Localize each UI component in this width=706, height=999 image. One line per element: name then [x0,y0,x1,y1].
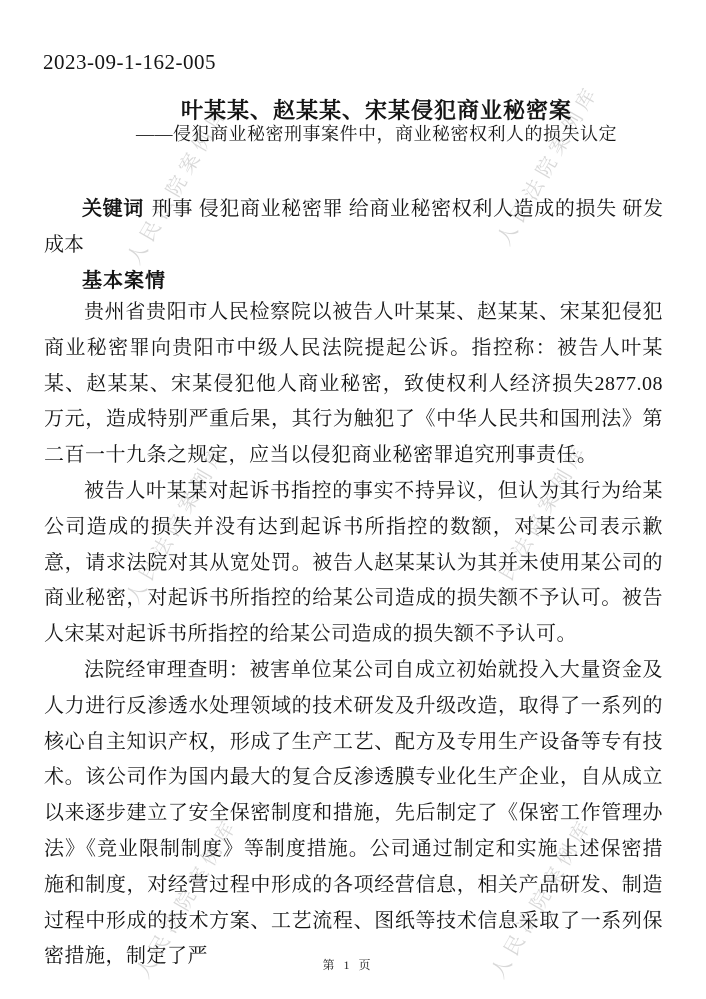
section-heading-basic-facts: 基本案情 [82,264,166,293]
paragraph: 法院经审理查明：被害单位某公司自成立初始就投入大量资金及人力进行反渗透水处理领域… [44,653,663,975]
keywords-label: 关键词 [82,198,144,220]
case-number: 2023-09-1-162-005 [43,50,216,75]
case-subtitle: ——侵犯商业秘密刑事案件中，商业秘密权利人的损失认定 [44,120,663,146]
document-page: 人民法院案例库 人民法院案例库 人民法院案例库 人民法院案例库 人民法院案例库 … [0,0,706,999]
paragraph: 被告人叶某某对起诉书指控的事实不持异议，但认为其行为给某公司造成的损失并没有达到… [44,474,663,653]
document-content: 2023-09-1-162-005 叶某某、赵某某、宋某侵犯商业秘密案 ——侵犯… [0,0,706,999]
paragraph: 贵州省贵阳市人民检察院以被告人叶某某、赵某某、宋某犯侵犯商业秘密罪向贵阳市中级人… [44,295,663,474]
body-paragraphs: 贵州省贵阳市人民检察院以被告人叶某某、赵某某、宋某犯侵犯商业秘密罪向贵阳市中级人… [44,295,663,975]
page-number-footer: 第 1 页 [0,956,696,973]
keywords-line: 关键词刑事 侵犯商业秘密罪 给商业秘密权利人造成的损失 研发成本 [44,192,663,264]
